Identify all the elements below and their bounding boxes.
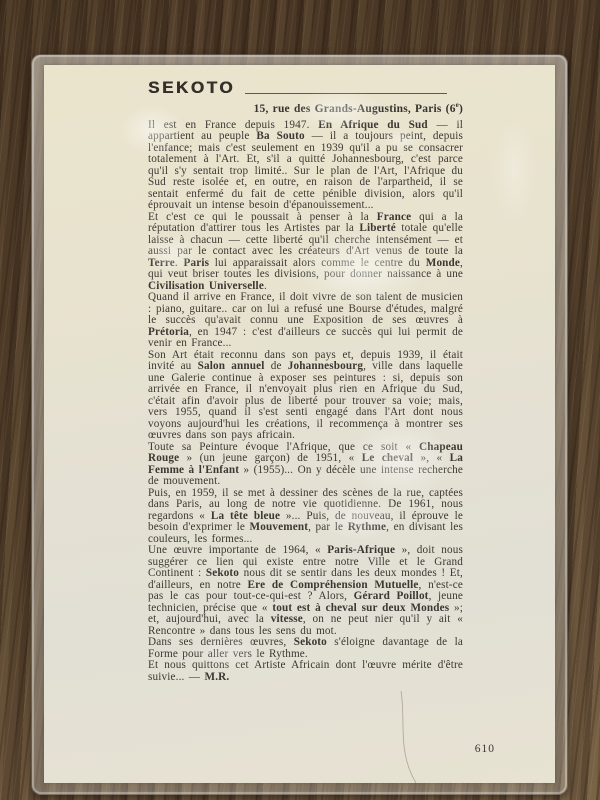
- article-body: Il est en France depuis 1947. En Afrique…: [148, 120, 463, 684]
- page-number: 610: [475, 743, 495, 755]
- paragraph: Puis, en 1959, il se met à dessiner des …: [148, 488, 463, 546]
- paragraph: Et c'est ce qui le poussait à penser à l…: [148, 212, 463, 293]
- address-text: 15, rue des Grands-Augustins, Paris (6: [254, 103, 456, 115]
- paragraph: Une œuvre importante de 1964, « Paris-Af…: [148, 545, 463, 637]
- glare-patch: [484, 95, 544, 245]
- masthead-title: SEKOTO: [148, 79, 235, 96]
- masthead-rule: [245, 93, 447, 94]
- paragraph: Dans ses dernières œuvres, Sekoto s'éloi…: [148, 637, 463, 660]
- laminate-sleeve: SEKOTO 15, rue des Grands-Augustins, Par…: [31, 54, 568, 795]
- address-line: 15, rue des Grands-Augustins, Paris (6e): [148, 101, 463, 115]
- paragraph: Toute sa Peinture évoque l'Afrique, que …: [148, 442, 463, 488]
- paragraph: Son Art était reconnu dans son pays et, …: [148, 350, 463, 442]
- paragraph: Et nous quittons cet Artiste Africain do…: [148, 660, 463, 683]
- page-content: SEKOTO 15, rue des Grands-Augustins, Par…: [148, 79, 463, 683]
- address-close: ): [459, 103, 463, 115]
- paragraph: Il est en France depuis 1947. En Afrique…: [148, 120, 463, 212]
- document-page: SEKOTO 15, rue des Grands-Augustins, Par…: [44, 65, 555, 783]
- paragraph: Quand il arrive en France, il doit vivre…: [148, 292, 463, 350]
- masthead-row: SEKOTO: [148, 79, 463, 96]
